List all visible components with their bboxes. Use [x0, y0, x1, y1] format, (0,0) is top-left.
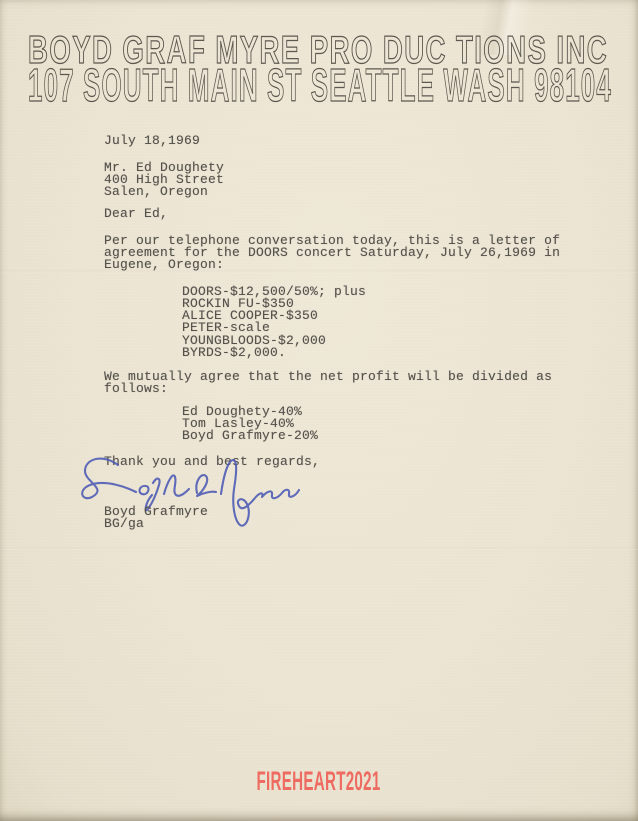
- scanned-letter-page: BOYD GRAF MYRE PRO DUC TIONS INC 107 SOU…: [0, 0, 638, 821]
- salutation: Dear Ed,: [104, 208, 168, 220]
- recipient-city: Salen, Oregon: [104, 186, 208, 198]
- letter-date: July 18,1969: [104, 135, 200, 147]
- profit-split-line: Boyd Grafmyre-20%: [182, 430, 318, 442]
- watermark-row: FIREHEART2021: [0, 768, 638, 795]
- act-fee-line: BYRDS-$2,000.: [182, 347, 286, 359]
- reference-initials: BG/ga: [104, 518, 144, 530]
- paragraph1-line: Eugene, Oregon:: [104, 259, 224, 271]
- paragraph2-line: We mutually agree that the net profit wi…: [104, 371, 552, 383]
- paragraph2-line: follows:: [104, 383, 168, 395]
- fold-line-upper: [0, 270, 638, 273]
- fold-line-lower: [0, 547, 638, 550]
- watermark-text: FIREHEART2021: [257, 768, 381, 795]
- letterhead-address: 107 SOUTH MAIN ST SEATTLE WASH 98104: [28, 62, 612, 108]
